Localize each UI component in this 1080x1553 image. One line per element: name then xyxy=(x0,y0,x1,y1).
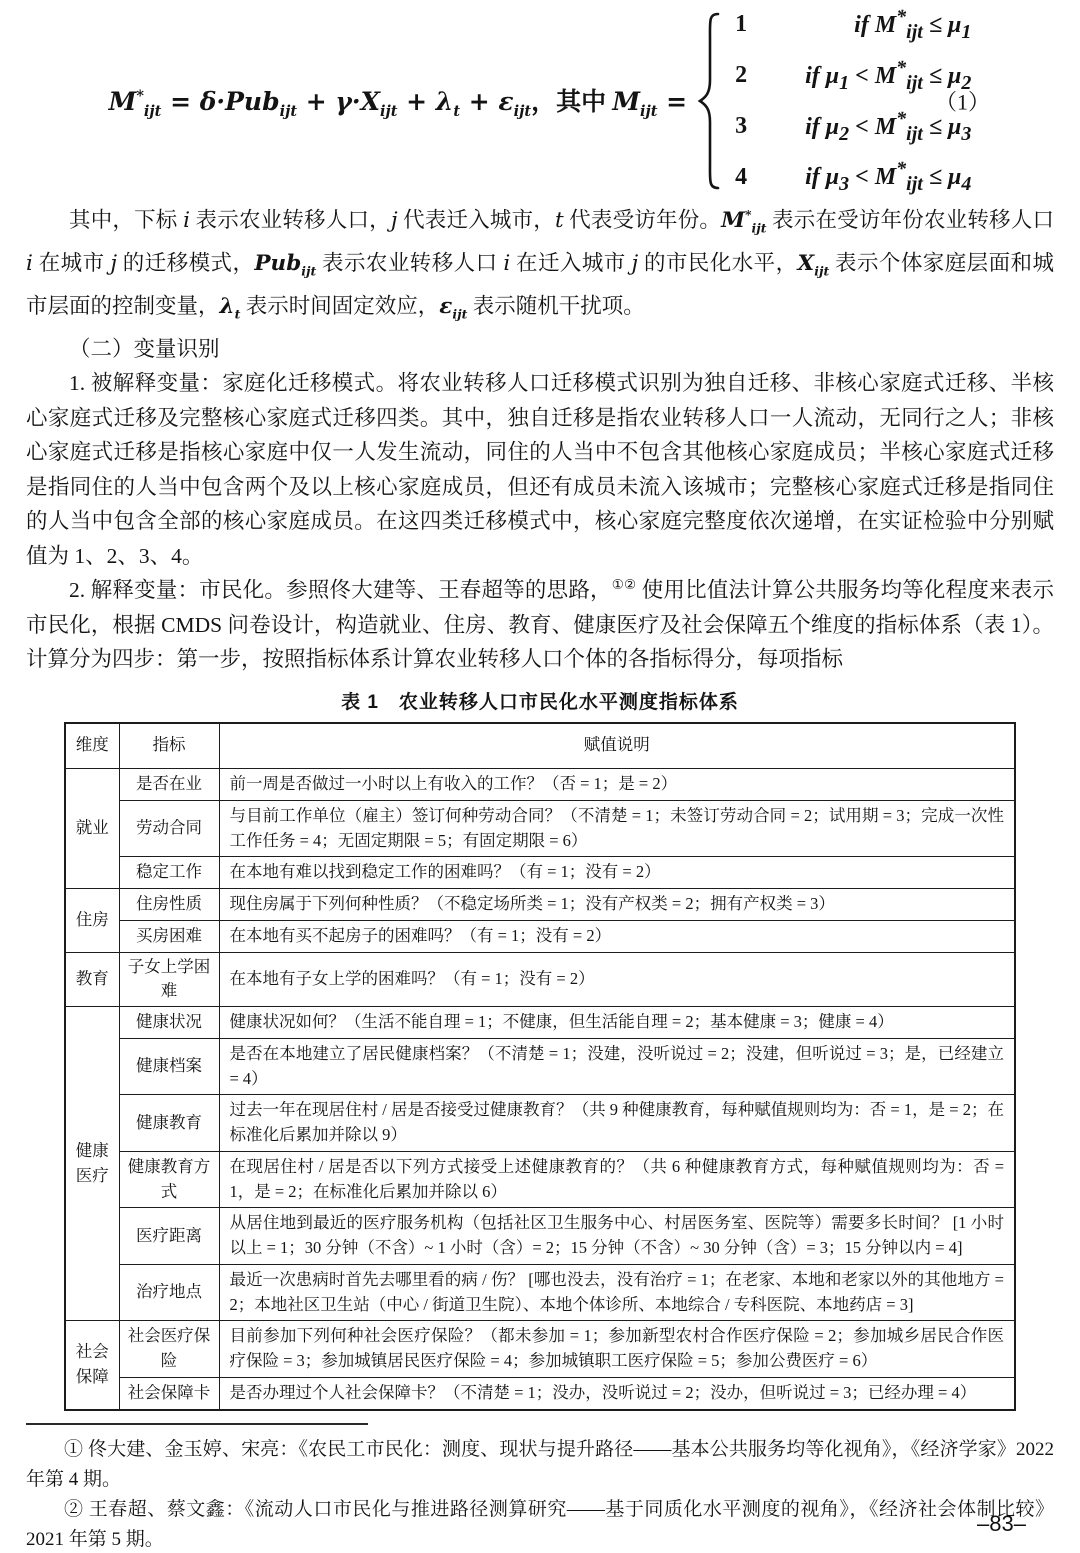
table-row: 社会保障社会医疗保险目前参加下列何种社会医疗保险？（都未参加 = 1；参加新型农… xyxy=(65,1321,1015,1378)
case-value: 1 xyxy=(735,11,747,38)
indicator-table: 维度指标赋值说明 就业是否在业前一周是否做过一小时以上有收入的工作？（否 = 1… xyxy=(64,722,1016,1411)
footnote-1: ① 佟大建、金玉婷、宋亮：《农民工市民化：测度、现状与提升路径——基本公共服务均… xyxy=(26,1435,1054,1495)
description-cell: 目前参加下列何种社会医疗保险？（都未参加 = 1；参加新型农村合作医疗保险 = … xyxy=(219,1321,1015,1378)
description-cell: 最近一次患病时首先去哪里看的病 / 伤？ [哪也没去，没有治疗 = 1；在老家、… xyxy=(219,1264,1015,1321)
dimension-cell: 健康医疗 xyxy=(65,1007,119,1321)
indicator-cell: 健康教育 xyxy=(119,1095,219,1152)
paper-page: M*ijt = δ·Pubijt + γ·Xijt + λt + εijt，其中… xyxy=(0,0,1080,1553)
inline-math: λt xyxy=(220,294,241,319)
table-row: 社会保障卡是否办理过个人社会保障卡？（不清楚 = 1；没办，没听说过 = 2；没… xyxy=(65,1377,1015,1409)
case-condition: if M*ijt ≤ μ1 xyxy=(805,6,971,44)
indicator-cell: 买房困难 xyxy=(119,920,219,952)
description-cell: 是否在本地建立了居民健康档案？（不清楚 = 1；没建，没听说过 = 2；没建，但… xyxy=(219,1038,1015,1095)
inline-math: εijt xyxy=(439,294,467,319)
footnote-2: ② 王春超、蔡文鑫：《流动人口市民化与推进路径测算研究——基于同质化水平测度的视… xyxy=(26,1495,1054,1553)
table-row: 住房住房性质现住房属于下列何种性质？（不稳定场所类 = 1；没有产权类 = 2；… xyxy=(65,889,1015,921)
table-row: 治疗地点最近一次患病时首先去哪里看的病 / 伤？ [哪也没去，没有治疗 = 1；… xyxy=(65,1264,1015,1321)
indicator-cell: 健康教育方式 xyxy=(119,1151,219,1208)
column-header: 指标 xyxy=(119,723,219,769)
indicator-cell: 治疗地点 xyxy=(119,1264,219,1321)
table-row: 稳定工作在本地有难以找到稳定工作的困难吗？（有 = 1；没有 = 2） xyxy=(65,857,1015,889)
description-cell: 前一周是否做过一小时以上有收入的工作？（否 = 1；是 = 2） xyxy=(219,769,1015,801)
page-content: M*ijt = δ·Pubijt + γ·Xijt + λt + εijt，其中… xyxy=(0,0,1080,1553)
dimension-cell: 就业 xyxy=(65,769,119,889)
para-dependent-variable: 1. 被解释变量：家庭化迁移模式。将农业转移人口迁移模式识别为独自迁移、非核心家… xyxy=(26,366,1054,573)
inline-math: Pubijt xyxy=(254,251,316,276)
indicator-cell: 子女上学困难 xyxy=(119,952,219,1007)
inline-math: M*ijt xyxy=(721,208,766,233)
table-header: 维度指标赋值说明 xyxy=(65,723,1015,769)
para-section-heading: （二）变量识别 xyxy=(26,332,1054,367)
description-cell: 在现居住村 / 居是否以下列方式接受上述健康教育的？（共 6 种健康教育方式，每… xyxy=(219,1151,1015,1208)
equation-row: M*ijt = δ·Pubijt + γ·Xijt + λt + εijt，其中… xyxy=(26,10,1054,192)
case-value: 4 xyxy=(735,164,747,191)
indicator-cell: 是否在业 xyxy=(119,769,219,801)
table-row: 医疗距离从居住地到最近的医疗服务机构（包括社区卫生服务中心、村居医务室、医院等）… xyxy=(65,1208,1015,1265)
indicator-cell: 社会医疗保险 xyxy=(119,1321,219,1378)
indicator-cell: 劳动合同 xyxy=(119,800,219,857)
curly-brace-icon xyxy=(697,12,721,190)
column-header: 赋值说明 xyxy=(219,723,1015,769)
indicator-cell: 医疗距离 xyxy=(119,1208,219,1265)
case-value: 2 xyxy=(735,62,747,89)
description-cell: 过去一年在现居住村 / 居是否接受过健康教育？（共 9 种健康教育，每种赋值规则… xyxy=(219,1095,1015,1152)
indicator-cell: 社会保障卡 xyxy=(119,1377,219,1409)
inline-math: i xyxy=(503,251,510,276)
description-cell: 是否办理过个人社会保障卡？（不清楚 = 1；没办，没听说过 = 2；没办，但听说… xyxy=(219,1377,1015,1409)
indicator-cell: 住房性质 xyxy=(119,889,219,921)
column-header: 维度 xyxy=(65,723,119,769)
description-cell: 在本地有买不起房子的困难吗？（有 = 1；没有 = 2） xyxy=(219,920,1015,952)
footnote-reference: ①② xyxy=(612,577,636,592)
case-value: 3 xyxy=(735,113,747,140)
equation-1: M*ijt = δ·Pubijt + γ·Xijt + λt + εijt，其中… xyxy=(26,10,1054,192)
table-row: 健康教育过去一年在现居住村 / 居是否接受过健康教育？（共 9 种健康教育，每种… xyxy=(65,1095,1015,1152)
inline-math: j xyxy=(110,251,117,276)
inline-math: j xyxy=(632,251,639,276)
body-text: 其中，下标 i 表示农业转移人口，j 代表迁入城市，t 代表受访年份。M*ijt… xyxy=(26,198,1054,677)
description-cell: 在本地有子女上学的困难吗？（有 = 1；没有 = 2） xyxy=(219,952,1015,1007)
table-row: 健康教育方式在现居住村 / 居是否以下列方式接受上述健康教育的？（共 6 种健康… xyxy=(65,1151,1015,1208)
equation-cases: 1if M*ijt ≤ μ12if μ1 < M*ijt ≤ μ23if μ2 … xyxy=(697,6,971,196)
table-row: 健康医疗健康状况健康状况如何？（生活不能自理 = 1；不健康，但生活能自理 = … xyxy=(65,1007,1015,1039)
table-header-row: 维度指标赋值说明 xyxy=(65,723,1015,769)
description-cell: 从居住地到最近的医疗服务机构（包括社区卫生服务中心、村居医务室、医院等）需要多长… xyxy=(219,1208,1015,1265)
indicator-cell: 健康状况 xyxy=(119,1007,219,1039)
case-condition: if μ3 < M*ijt ≤ μ4 xyxy=(805,158,971,196)
inline-math: t xyxy=(555,208,564,233)
dimension-cell: 社会保障 xyxy=(65,1321,119,1410)
inline-math: i xyxy=(183,208,190,233)
page-number: –83– xyxy=(977,1511,1026,1537)
footnote-divider xyxy=(26,1423,368,1425)
table-row: 就业是否在业前一周是否做过一小时以上有收入的工作？（否 = 1；是 = 2） xyxy=(65,769,1015,801)
table-row: 劳动合同与目前工作单位（雇主）签订何种劳动合同？（不清楚 = 1；未签订劳动合同… xyxy=(65,800,1015,857)
indicator-cell: 稳定工作 xyxy=(119,857,219,889)
equation-number: （1） xyxy=(935,86,990,117)
para-independent-variable: 2. 解释变量：市民化。参照佟大建等、王春超等的思路，①② 使用比值法计算公共服… xyxy=(26,573,1054,677)
inline-math: Mijt = xyxy=(612,87,687,116)
inline-math: M*ijt = δ·Pubijt + γ·Xijt + λt + εijt xyxy=(109,87,531,116)
description-cell: 与目前工作单位（雇主）签订何种劳动合同？（不清楚 = 1；未签订劳动合同 = 2… xyxy=(219,800,1015,857)
inline-math: Xijt xyxy=(798,251,830,276)
para-notation: 其中，下标 i 表示农业转移人口，j 代表迁入城市，t 代表受访年份。M*ijt… xyxy=(26,198,1054,332)
indicator-cell: 健康档案 xyxy=(119,1038,219,1095)
table-row: 买房困难在本地有买不起房子的困难吗？（有 = 1；没有 = 2） xyxy=(65,920,1015,952)
table-body: 就业是否在业前一周是否做过一小时以上有收入的工作？（否 = 1；是 = 2）劳动… xyxy=(65,769,1015,1410)
dimension-cell: 教育 xyxy=(65,952,119,1007)
table-row: 教育子女上学困难在本地有子女上学的困难吗？（有 = 1；没有 = 2） xyxy=(65,952,1015,1007)
description-cell: 在本地有难以找到稳定工作的困难吗？（有 = 1；没有 = 2） xyxy=(219,857,1015,889)
inline-math: i xyxy=(26,251,33,276)
equation-lhs: M*ijt = δ·Pubijt + γ·Xijt + λt + εijt，其中… xyxy=(109,82,687,120)
dimension-cell: 住房 xyxy=(65,889,119,953)
description-cell: 健康状况如何？（生活不能自理 = 1；不健康，但生活能自理 = 2；基本健康 =… xyxy=(219,1007,1015,1039)
description-cell: 现住房属于下列何种性质？（不稳定场所类 = 1；没有产权类 = 2；拥有产权类 … xyxy=(219,889,1015,921)
table-caption: 表 1 农业转移人口市民化水平测度指标体系 xyxy=(26,687,1054,714)
inline-math: j xyxy=(391,208,398,233)
table-row: 健康档案是否在本地建立了居民健康档案？（不清楚 = 1；没建，没听说过 = 2；… xyxy=(65,1038,1015,1095)
